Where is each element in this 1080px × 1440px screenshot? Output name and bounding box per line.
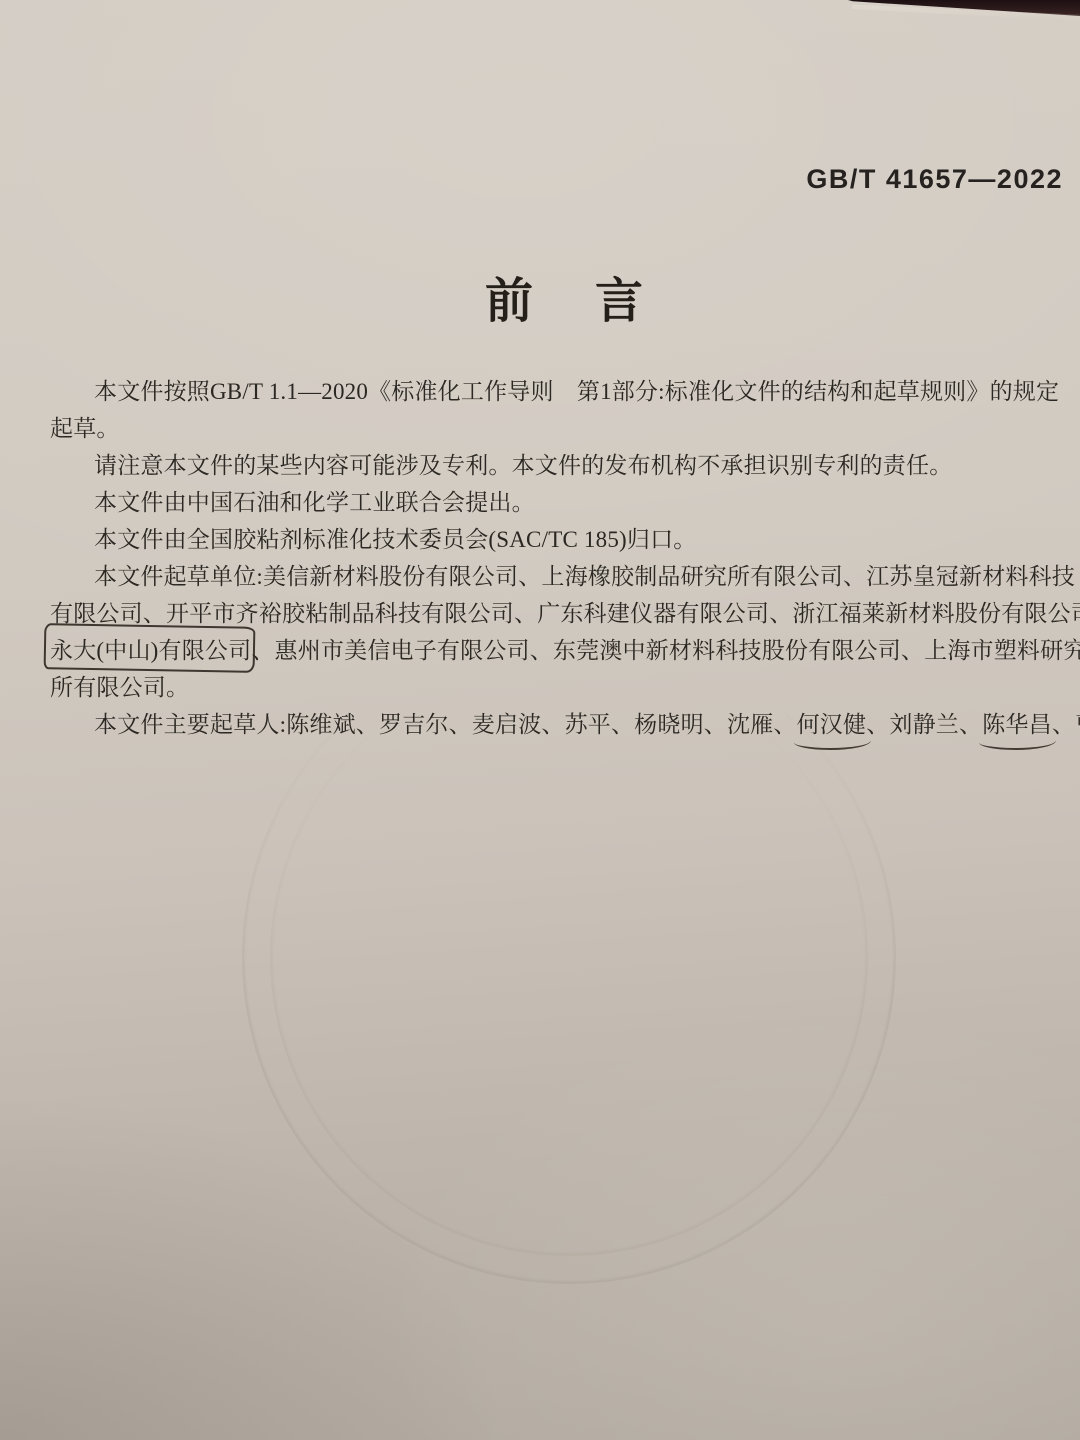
page-title-char-1: 前 (485, 262, 533, 331)
foreword-line-p5-3-rest: 、惠州市美信电子有限公司、东莞澳中新材料科技股份有限公司、上海市塑料研究 (251, 638, 1080, 663)
foreword-line-p4: 本文件由全国胶粘剂标准化技术委员会(SAC/TC 185)归口。 (50, 521, 1066, 558)
foreword-body: 本文件按照GB/T 1.1—2020《标准化工作导则 第1部分:标准化文件的结构… (50, 373, 1066, 743)
drafters-suffix: 、曹建。 (1052, 712, 1080, 737)
foreword-line-p5-1: 本文件起草单位:美信新材料股份有限公司、上海橡胶制品研究所有限公司、江苏皇冠新材… (50, 558, 1066, 595)
foreword-line-p5-4: 所有限公司。 (50, 669, 1066, 706)
pen-boxed-company-name: 永大(中山)有限公司 (50, 632, 251, 669)
scanned-document-page: GB/T 41657—2022 前 言 本文件按照GB/T 1.1—2020《标… (0, 0, 1080, 1440)
foreword-line-p6: 本文件主要起草人:陈维斌、罗吉尔、麦启波、苏平、杨晓明、沈雁、何汉健、刘静兰、陈… (50, 706, 1066, 743)
foreword-line-p5-3: 永大(中山)有限公司、惠州市美信电子有限公司、东莞澳中新材料科技股份有限公司、上… (50, 632, 1066, 669)
foreword-line-p5-2: 有限公司、开平市齐裕胶粘制品科技有限公司、广东科建仪器有限公司、浙江福莱新材料股… (50, 595, 1066, 632)
foreword-line-p1-1: 本文件按照GB/T 1.1—2020《标准化工作导则 第1部分:标准化文件的结构… (50, 373, 1066, 410)
page-title-char-2: 言 (595, 262, 643, 331)
drafters-prefix: 本文件主要起草人:陈维斌、罗吉尔、麦启波、苏平、杨晓明、沈雁、 (94, 712, 797, 737)
foreword-line-p2: 请注意本文件的某些内容可能涉及专利。本文件的发布机构不承担识别专利的责任。 (50, 447, 1066, 484)
pen-underlined-name-1: 何汉健 (797, 706, 867, 743)
standard-number: GB/T 41657—2022 (806, 164, 1063, 195)
page-title: 前 言 (24, 262, 1080, 331)
foreword-line-p1-2: 起草。 (50, 410, 1066, 447)
drafters-middle: 、刘静兰、 (866, 712, 982, 737)
paper-circle-impression-inner (270, 658, 868, 1256)
pen-underlined-name-2: 陈华昌 (982, 706, 1052, 743)
foreword-line-p3: 本文件由中国石油和化学工业联合会提出。 (50, 484, 1066, 521)
